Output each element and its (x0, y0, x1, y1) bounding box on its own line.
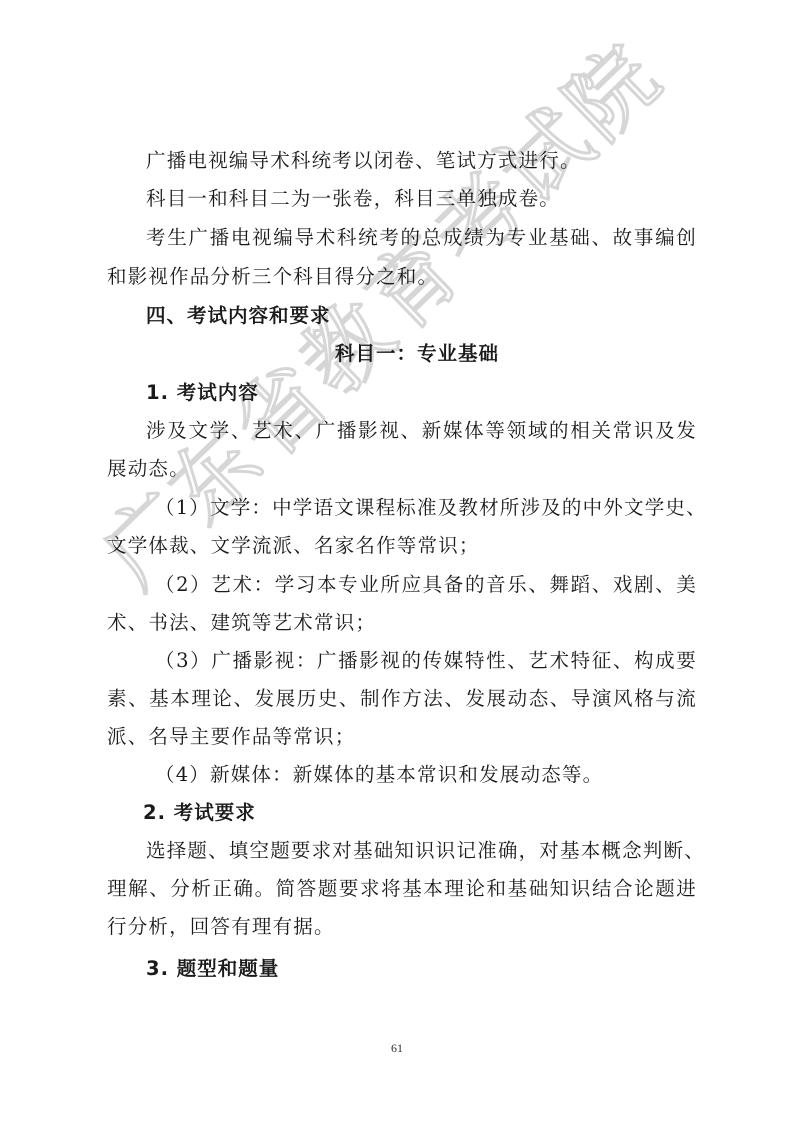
list-item-art-line1: （2）艺术：学习本专业所应具备的音乐、舞蹈、戏剧、美 (155, 572, 697, 598)
list-item-art-line2: 术、书法、建筑等艺术常识； (107, 610, 697, 636)
list-item-literature-line1: （1）文学：中学语文课程标准及教材所涉及的中外文学史、 (155, 495, 697, 521)
question-types-heading: 3. 题型和题量 (146, 956, 736, 982)
page-number: 61 (0, 1041, 794, 1056)
requirements-line2: 理解、分析正确。简答题要求将基本理论和基础知识结合论题进 (107, 876, 697, 902)
content-intro-line2: 展动态。 (107, 456, 697, 482)
paragraph-total-score-line2: 和影视作品分析三个科目得分之和。 (107, 264, 697, 290)
subject-title: 科目一：专业基础 (0, 341, 794, 367)
requirements-heading: 2. 考试要求 (143, 800, 733, 826)
list-item-broadcast-line3: 派、名导主要作品等常识； (107, 724, 697, 750)
content-heading: 1. 考试内容 (146, 380, 736, 406)
section-heading: 四、考试内容和要求 (146, 303, 736, 329)
list-item-new-media: （4）新媒体：新媒体的基本常识和发展动态等。 (155, 762, 745, 788)
paragraph-paper-arrangement: 科目一和科目二为一张卷，科目三单独成卷。 (146, 186, 736, 212)
requirements-line1: 选择题、填空题要求对基础知识识记准确，对基本概念判断、 (146, 838, 697, 864)
content-intro-line1: 涉及文学、艺术、广播影视、新媒体等领域的相关常识及发 (146, 418, 697, 444)
requirements-line3: 行分析，回答有理有据。 (107, 914, 697, 940)
document-page: 广东省教育考试院 广播电视编导术科统考以闭卷、笔试方式进行。 科目一和科目二为一… (0, 0, 794, 1123)
list-item-literature-line2: 文学体裁、文学流派、名家名作等常识； (107, 533, 697, 559)
paragraph-exam-format: 广播电视编导术科统考以闭卷、笔试方式进行。 (146, 148, 736, 174)
list-item-broadcast-line1: （3）广播影视：广播影视的传媒特性、艺术特征、构成要 (155, 648, 697, 674)
paragraph-total-score-line1: 考生广播电视编导术科统考的总成绩为专业基础、故事编创 (146, 225, 697, 251)
list-item-broadcast-line2: 素、基本理论、发展历史、制作方法、发展动态、导演风格与流 (107, 686, 697, 712)
